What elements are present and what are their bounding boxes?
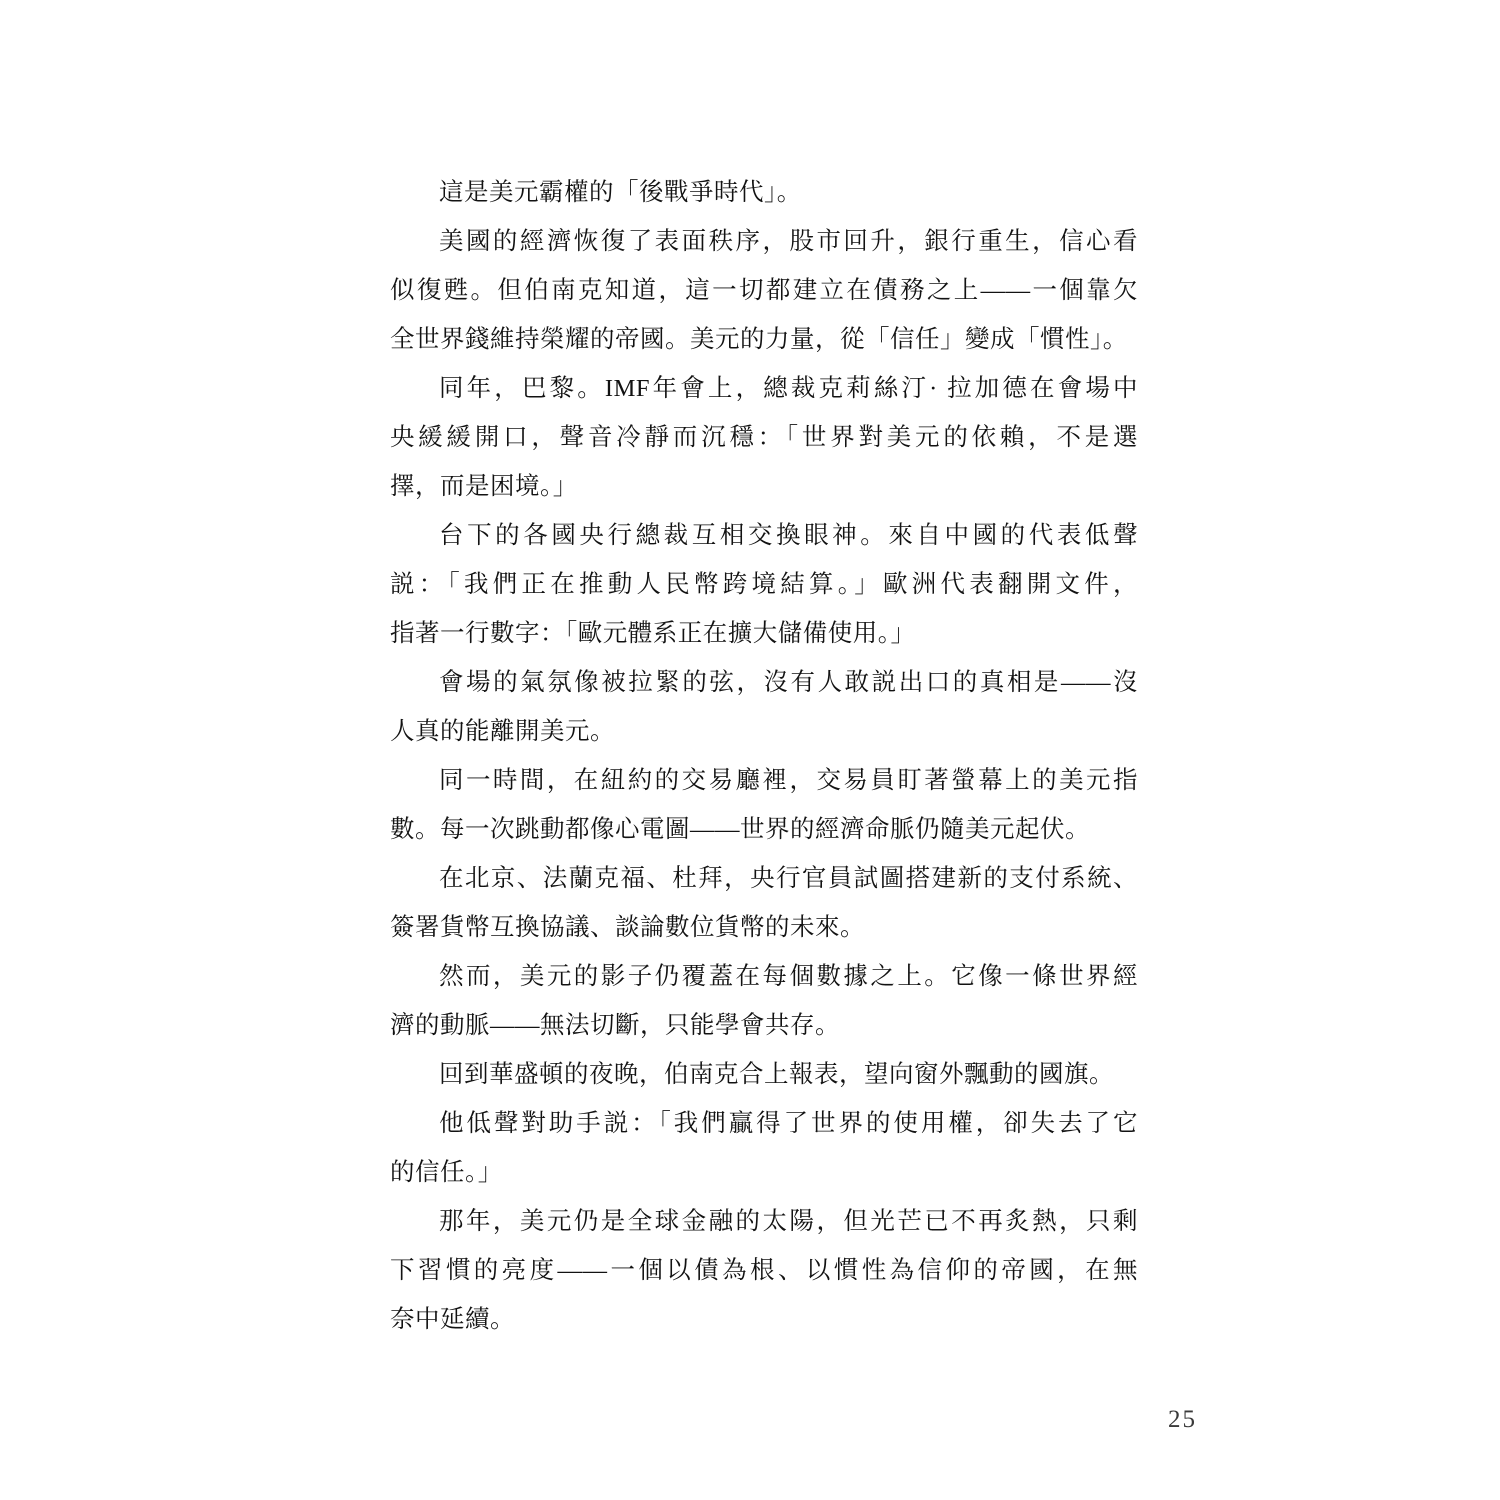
- text-line: 台下的各國央行總裁互相交換眼神。來自中國的代表低聲: [390, 511, 1138, 560]
- book-page: 這是美元霸權的「後戰爭時代」。美國的經濟恢復了表面秩序，股市回升，銀行重生，信心…: [0, 0, 1500, 1500]
- text-line: 的信任。」: [390, 1148, 1138, 1197]
- text-line: 央緩緩開口，聲音冷靜而沉穩：「世界對美元的依賴，不是選: [390, 413, 1138, 462]
- paragraph: 在北京、法蘭克福、杜拜，央行官員試圖搭建新的支付系統、簽署貨幣互換協議、談論數位…: [390, 854, 1138, 952]
- text-line: 他低聲對助手説：「我們贏得了世界的使用權，卻失去了它: [390, 1099, 1138, 1148]
- text-line: 這是美元霸權的「後戰爭時代」。: [390, 168, 1138, 217]
- text-line: 回到華盛頓的夜晚，伯南克合上報表，望向窗外飄動的國旗。: [390, 1050, 1138, 1099]
- text-line: 數。每一次跳動都像心電圖——世界的經濟命脈仍隨美元起伏。: [390, 805, 1138, 854]
- text-line: 同年，巴黎。IMF年會上，總裁克莉絲汀· 拉加德在會場中: [390, 364, 1138, 413]
- paragraph: 台下的各國央行總裁互相交換眼神。來自中國的代表低聲説：「我們正在推動人民幣跨境結…: [390, 511, 1138, 658]
- text-line: 擇，而是困境。」: [390, 462, 1138, 511]
- text-line: 全世界錢維持榮耀的帝國。美元的力量，從「信任」變成「慣性」。: [390, 315, 1138, 364]
- paragraph: 這是美元霸權的「後戰爭時代」。: [390, 168, 1138, 217]
- text-line: 人真的能離開美元。: [390, 707, 1138, 756]
- text-line: 那年，美元仍是全球金融的太陽，但光芒已不再炙熱，只剩: [390, 1197, 1138, 1246]
- text-line: 然而，美元的影子仍覆蓋在每個數據之上。它像一條世界經: [390, 952, 1138, 1001]
- paragraph: 然而，美元的影子仍覆蓋在每個數據之上。它像一條世界經濟的動脈——無法切斷，只能學…: [390, 952, 1138, 1050]
- text-line: 説：「我們正在推動人民幣跨境結算。」歐洲代表翻開文件，: [390, 560, 1138, 609]
- paragraph: 會場的氣氛像被拉緊的弦，沒有人敢説出口的真相是——沒人真的能離開美元。: [390, 658, 1138, 756]
- paragraph: 回到華盛頓的夜晚，伯南克合上報表，望向窗外飄動的國旗。: [390, 1050, 1138, 1099]
- text-line: 奈中延續。: [390, 1295, 1138, 1344]
- text-line: 同一時間，在紐約的交易廳裡，交易員盯著螢幕上的美元指: [390, 756, 1138, 805]
- paragraph: 同年，巴黎。IMF年會上，總裁克莉絲汀· 拉加德在會場中央緩緩開口，聲音冷靜而沉…: [390, 364, 1138, 511]
- text-line: 美國的經濟恢復了表面秩序，股市回升，銀行重生，信心看: [390, 217, 1138, 266]
- text-line: 會場的氣氛像被拉緊的弦，沒有人敢説出口的真相是——沒: [390, 658, 1138, 707]
- paragraph: 那年，美元仍是全球金融的太陽，但光芒已不再炙熱，只剩下習慣的亮度——一個以債為根…: [390, 1197, 1138, 1344]
- text-line: 濟的動脈——無法切斷，只能學會共存。: [390, 1001, 1138, 1050]
- paragraph: 美國的經濟恢復了表面秩序，股市回升，銀行重生，信心看似復甦。但伯南克知道，這一切…: [390, 217, 1138, 364]
- text-block: 這是美元霸權的「後戰爭時代」。美國的經濟恢復了表面秩序，股市回升，銀行重生，信心…: [390, 168, 1138, 1344]
- text-line: 簽署貨幣互換協議、談論數位貨幣的未來。: [390, 903, 1138, 952]
- page-number: 25: [1168, 1405, 1197, 1435]
- paragraph: 同一時間，在紐約的交易廳裡，交易員盯著螢幕上的美元指數。每一次跳動都像心電圖——…: [390, 756, 1138, 854]
- text-line: 指著一行數字：「歐元體系正在擴大儲備使用。」: [390, 609, 1138, 658]
- text-line: 在北京、法蘭克福、杜拜，央行官員試圖搭建新的支付系統、: [390, 854, 1138, 903]
- paragraph: 他低聲對助手説：「我們贏得了世界的使用權，卻失去了它的信任。」: [390, 1099, 1138, 1197]
- text-line: 下習慣的亮度——一個以債為根、以慣性為信仰的帝國，在無: [390, 1246, 1138, 1295]
- text-line: 似復甦。但伯南克知道，這一切都建立在債務之上——一個靠欠: [390, 266, 1138, 315]
